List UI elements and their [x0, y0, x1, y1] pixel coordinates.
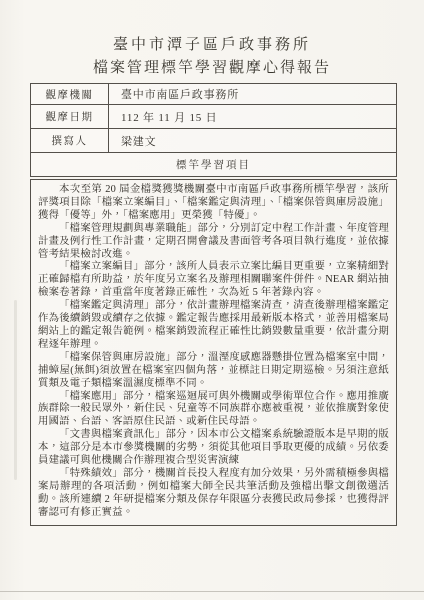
paragraph-storage-facilities: 「檔案保管與庫房設施」部分，溫溼度感應器懸掛位置為檔案室中間，捕蟑屋(無餌)須放…: [38, 352, 389, 391]
value-observed-agency: 臺中市南區戶政事務所: [109, 86, 396, 102]
label-observation-date: 觀摩日期: [31, 105, 109, 128]
table-row-observed-agency: 觀摩機關 臺中市南區戶政事務所: [31, 84, 396, 105]
scan-artifact-bottom-edge: [0, 591, 424, 592]
paragraph-filing-cataloging: 「檔案立案編目」部分，該所人員表示立案比編目更重要，立案精細對正確歸檔有所助益，…: [38, 261, 389, 300]
value-author: 梁建文: [109, 133, 396, 149]
document-title-report: 檔案管理標竿學習觀摩心得報告: [0, 60, 424, 77]
paragraph-management-planning: 「檔案管理規劃與專業職能」部分，分別訂定中程工作計畫、年度管理計畫及例行性工作計…: [38, 223, 389, 262]
report-body: 本次至第 20 屆金檔獎獲獎機關臺中市南區戶政事務所標竿學習，該所評獎項目除「檔…: [30, 179, 397, 526]
document-title-office: 臺中市潭子區戶政事務所: [0, 37, 424, 54]
value-observation-date: 112 年 11 月 15 日: [109, 109, 396, 125]
paragraph-appraisal-disposal: 「檔案鑑定與清理」部分，依計畫辦理檔案清查，清查後辦理檔案鑑定作為後續銷毀或續存…: [38, 300, 389, 352]
paragraph-records-digitization: 「文書與檔案資訊化」部分，因本市公文檔案系統驗證版本是早期的版本，這部分是本市參…: [38, 429, 389, 468]
table-row-author: 撰寫人 梁建文: [31, 129, 396, 153]
paragraph-special-performance: 「特殊績效」部分，機關首長投入程度有加分效果，另外需積極參與檔案局辦理的各項活動…: [38, 468, 389, 520]
scanned-report-page: 臺中市潭子區戶政事務所 檔案管理標竿學習觀摩心得報告 觀摩機關 臺中市南區戶政事…: [0, 0, 424, 600]
info-table: 觀摩機關 臺中市南區戶政事務所 觀摩日期 112 年 11 月 15 日 撰寫人…: [30, 83, 397, 177]
section-header-benchmark-items: 標竿學習項目: [31, 153, 396, 176]
scan-artifact-streak: [14, 300, 17, 480]
paragraph-archives-application: 「檔案應用」部分，檔案巡迴展可與外機關或學術單位合作。應用推廣族群除一般民眾外，…: [38, 391, 389, 430]
label-author: 撰寫人: [31, 129, 109, 152]
label-observed-agency: 觀摩機關: [31, 84, 109, 104]
paragraph-overview: 本次至第 20 屆金檔獎獲獎機關臺中市南區戶政事務所標竿學習，該所評獎項目除「檔…: [38, 184, 389, 223]
table-row-observation-date: 觀摩日期 112 年 11 月 15 日: [31, 105, 396, 129]
